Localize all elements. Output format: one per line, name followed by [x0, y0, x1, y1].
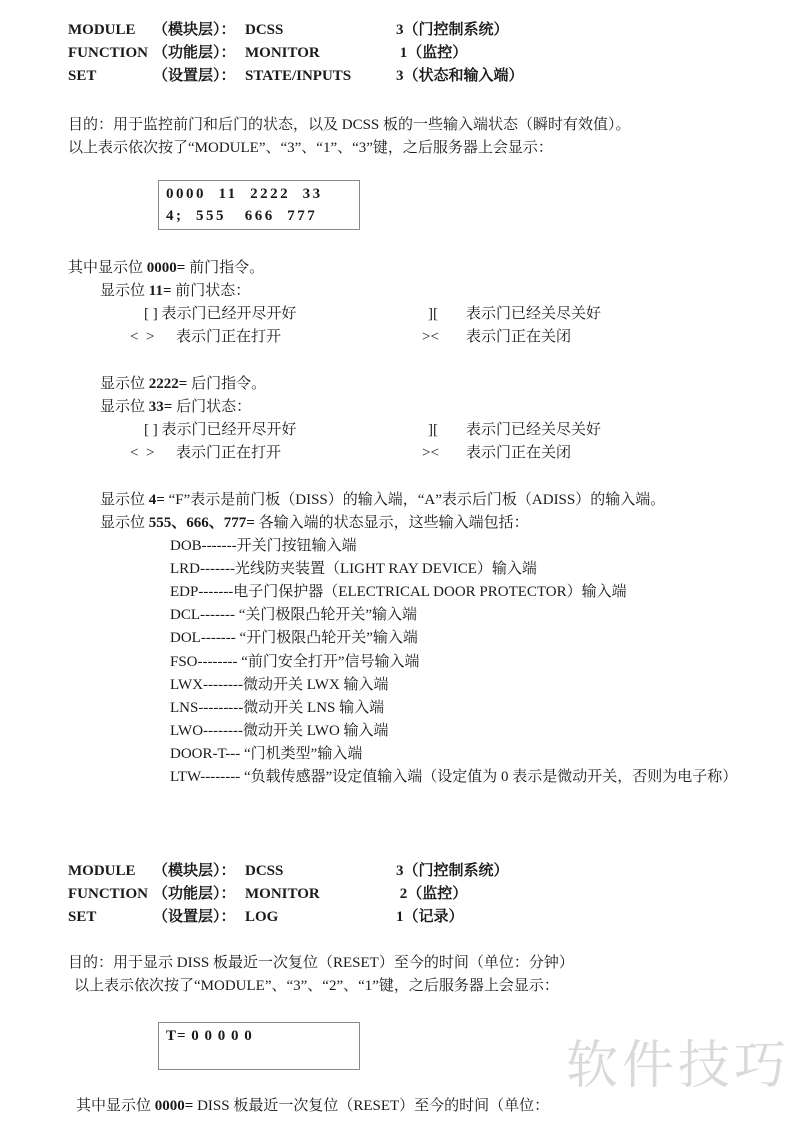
display-line-1: 0000 11 2222 33 [166, 184, 323, 204]
header-key: SET [68, 907, 96, 927]
header-code: 3（状态和输入端） [396, 66, 524, 86]
front-door-state-desc: 显示位 11= 前门状态： [100, 281, 250, 301]
display-line-1: T= 0 0 0 0 0 [166, 1026, 253, 1046]
header-code: 1（监控） [396, 43, 467, 63]
instruction-text: 以上表示依次按了“MODULE”、“3”、“1”、“3”键，之后服务器上会显示： [68, 138, 553, 158]
header-value: DCSS [245, 861, 283, 881]
purpose-text: 目的：用于显示 DISS 板最近一次复位（RESET）至今的时间（单位：分钟） [68, 953, 574, 973]
display-box: T= 0 0 0 0 0 [158, 1022, 360, 1070]
reset-time-desc: 其中显示位 0000= DISS 板最近一次复位（RESET）至今的时间（单位： [76, 1096, 549, 1116]
list-item: DOB-------开关门按钮输入端 [170, 536, 357, 556]
input-board-desc: 显示位 4= “F”表示是前门板（DISS）的输入端，“A”表示后门板（ADIS… [100, 490, 665, 510]
list-item: DOL------- “开门极限凸轮开关”输入端 [170, 628, 418, 648]
header-code: 1（记录） [396, 907, 464, 927]
header-key: SET [68, 66, 96, 86]
list-item: LNS---------微动开关 LNS 输入端 [170, 698, 384, 718]
header-value: LOG [245, 907, 278, 927]
list-item: DOOR-T--- “门机类型”输入端 [170, 744, 362, 764]
front-door-command-desc: 其中显示位 0000= 前门指令。 [68, 258, 264, 278]
list-item: DCL------- “关门极限凸轮开关”输入端 [170, 605, 417, 625]
header-layer: （模块层）： [153, 20, 236, 40]
list-item: LRD-------光线防夹装置（LIGHT RAY DEVICE）输入端 [170, 559, 537, 579]
header-layer: （功能层）： [153, 884, 236, 904]
state-open: [ ] 表示门已经开尽开好 [144, 420, 297, 440]
list-item: EDP-------电子门保护器（ELECTRICAL DOOR PROTECT… [170, 582, 627, 602]
header-code: 2（监控） [396, 884, 467, 904]
header-code: 3（门控制系统） [396, 20, 509, 40]
state-open: [ ] 表示门已经开尽开好 [144, 304, 297, 324]
header-key: MODULE [68, 861, 136, 881]
list-item: LWO--------微动开关 LWO 输入端 [170, 721, 389, 741]
display-box: 0000 11 2222 33 4; 555 666 777 [158, 180, 360, 230]
list-item: FSO-------- “前门安全打开”信号输入端 [170, 652, 420, 672]
rear-door-command-desc: 显示位 2222= 后门指令。 [100, 374, 266, 394]
header-value: DCSS [245, 20, 283, 40]
header-code: 3（门控制系统） [396, 861, 509, 881]
header-value: MONITOR [245, 884, 320, 904]
rear-door-state-desc: 显示位 33= 后门状态： [100, 397, 251, 417]
header-layer: （设置层）： [153, 66, 236, 86]
state-closed: ][表示门已经关尽关好 [428, 304, 601, 324]
header-value: MONITOR [245, 43, 320, 63]
list-item: LTW-------- “负载传感器”设定值输入端（设定值为 0 表示是微动开关… [170, 767, 737, 787]
instruction-text: 以上表示依次按了“MODULE”、“3”、“2”、“1”键，之后服务器上会显示： [74, 976, 559, 996]
state-closed: ][表示门已经关尽关好 [428, 420, 601, 440]
watermark: 软件技巧 [566, 1036, 790, 1096]
header-key: FUNCTION [68, 43, 148, 63]
header-key: MODULE [68, 20, 136, 40]
header-key: FUNCTION [68, 884, 148, 904]
input-states-desc: 显示位 555、666、777= 各输入端的状态显示，这些输入端包括： [100, 513, 529, 533]
header-layer: （功能层）： [153, 43, 236, 63]
state-opening: < >表示门正在打开 [130, 327, 281, 347]
display-line-2: 4; 555 666 777 [166, 206, 317, 226]
purpose-text: 目的：用于监控前门和后门的状态，以及 DCSS 板的一些输入端状态（瞬时有效值）… [68, 115, 631, 135]
list-item: LWX--------微动开关 LWX 输入端 [170, 675, 389, 695]
state-opening: < >表示门正在打开 [130, 443, 281, 463]
header-layer: （设置层）： [153, 907, 236, 927]
state-closing: ><表示门正在关闭 [422, 443, 571, 463]
header-layer: （模块层）： [153, 861, 236, 881]
state-closing: ><表示门正在关闭 [422, 327, 571, 347]
header-value: STATE/INPUTS [245, 66, 351, 86]
